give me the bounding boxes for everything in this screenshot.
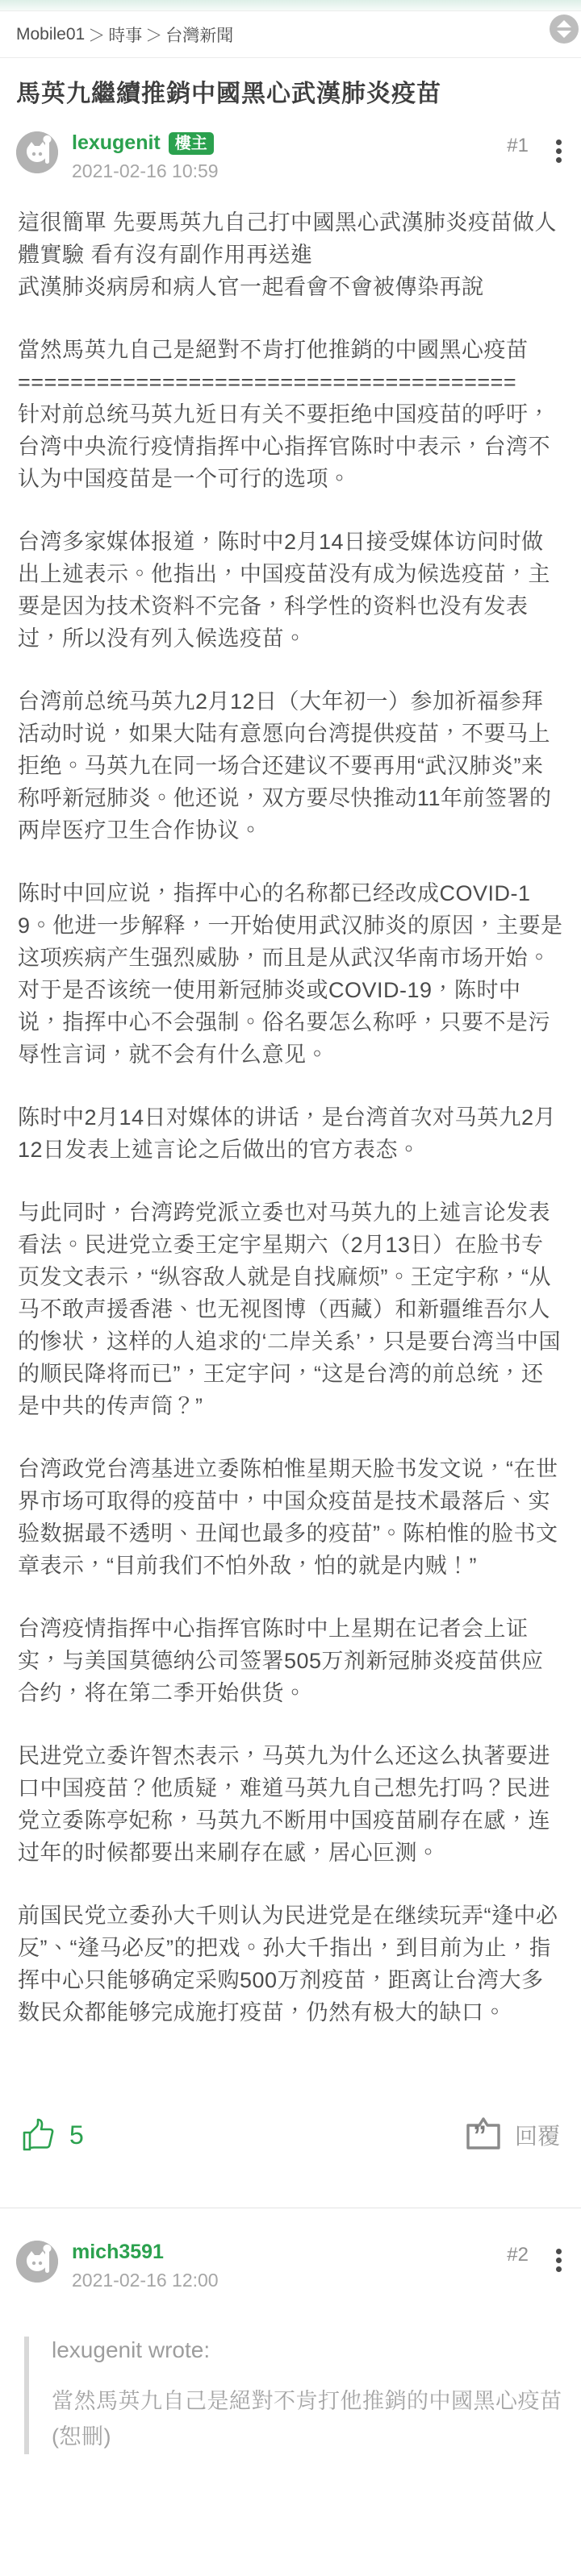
post-2-header: mich3591 2021-02-16 12:00 #2 [16, 2241, 565, 2291]
forum-thread-page: Mobile01＞時事＞台灣新聞 馬英九繼續推銷中國黑心武漢肺炎疫苗 [0, 0, 581, 2576]
thumbs-up-icon [21, 2116, 58, 2154]
post-1-header: lexugenit 樓主 2021-02-16 10:59 #1 [16, 131, 565, 182]
avatar[interactable] [16, 2241, 58, 2283]
author-username[interactable]: mich3591 [72, 2241, 164, 2264]
original-poster-badge: 樓主 [169, 132, 214, 155]
avatar[interactable] [16, 131, 58, 173]
chevron-down-icon [557, 31, 571, 38]
author-block: lexugenit 樓主 2021-02-16 10:59 [72, 131, 219, 182]
body-paragraph: 當然馬英九自己是絕對不肯打他推銷的中國黑心疫苗 ================… [18, 334, 563, 495]
quote-text: 當然馬英九自己是絕對不肯打他推銷的中國黑心疫苗(恕刪) [52, 2383, 563, 2454]
top-strip [0, 0, 581, 11]
post-body: 這很簡單 先要馬英九自己打中國黑心武漢肺炎疫苗做人體實驗 看有沒有副作用再送進 … [18, 206, 563, 2029]
body-paragraph: 民进党立委许智杰表示，马英九为什么还这么执著要进口中国疫苗？他质疑，难道马英九自… [18, 1740, 563, 1869]
body-paragraph: 陈时中回应说，指挥中心的名称都已经改成COVID-19。他进一步解释，一开始使用… [18, 877, 563, 1071]
body-paragraph: 台湾前总统马英九2月12日（大年初一）参加祈福参拜活动时说，如果大陆有意愿向台湾… [18, 685, 563, 847]
body-paragraph: 台湾疫情指挥中心指挥官陈时中上星期在记者会上证实，与美国莫德纳公司签署505万剂… [18, 1613, 563, 1709]
post-divider [0, 2208, 581, 2208]
body-paragraph: 陈时中2月14日对媒体的讲话，是台湾首次对马英九2月12日发表上述言论之后做出的… [18, 1101, 563, 1166]
kebab-menu-icon[interactable] [553, 135, 565, 168]
body-paragraph: 前国民党立委孙大千则认为民进党是在继续玩弄“逢中必反”、“逢马必反”的把戏。孙大… [18, 1900, 563, 2029]
post-timestamp: 2021-02-16 10:59 [72, 160, 219, 182]
post-2: mich3591 2021-02-16 12:00 #2 lexugenit w… [0, 2241, 581, 2454]
kebab-menu-icon[interactable] [553, 2244, 565, 2277]
scroll-up-down-button[interactable] [550, 15, 579, 44]
like-button[interactable]: 5 [21, 2116, 84, 2154]
body-paragraph: 与此同时，台湾跨党派立委也对马英九的上述言论发表看法。民进党立委王定宇星期六（2… [18, 1196, 563, 1422]
chevron-up-icon [557, 20, 571, 27]
breadcrumb-separator: ＞ [88, 23, 105, 47]
breadcrumb-bar: Mobile01＞時事＞台灣新聞 [0, 11, 581, 58]
body-paragraph: 台湾政党台湾基进立委陈柏惟星期天脸书发文说，“在世界市场可取得的疫苗中，中国众疫… [18, 1453, 563, 1582]
breadcrumb-item[interactable]: 台灣新聞 [165, 23, 233, 47]
default-avatar-cat-icon [16, 131, 58, 173]
like-count: 5 [69, 2120, 84, 2150]
breadcrumb-item[interactable]: Mobile01 [16, 25, 85, 44]
post-index: #2 [507, 2244, 529, 2266]
quote-header: lexugenit wrote: [52, 2337, 563, 2364]
quote-reply-icon: ” [463, 2116, 504, 2154]
default-avatar-cat-icon [16, 2241, 58, 2283]
breadcrumb-separator: ＞ [145, 23, 162, 47]
reply-label: 回覆 [515, 2119, 560, 2151]
quoted-post: lexugenit wrote: 當然馬英九自己是絕對不肯打他推銷的中國黑心疫苗… [24, 2337, 563, 2454]
body-paragraph: 這很簡單 先要馬英九自己打中國黑心武漢肺炎疫苗做人體實驗 看有沒有副作用再送進 … [18, 206, 563, 303]
post-footer: 5 ” 回覆 [21, 2116, 560, 2208]
body-paragraph: 台湾多家媒体报道，陈时中2月14日接受媒体访问时做出上述表示。他指出，中国疫苗没… [18, 526, 563, 655]
post-1: lexugenit 樓主 2021-02-16 10:59 #1 這很簡單 先要… [0, 131, 581, 2208]
breadcrumb-item[interactable]: 時事 [108, 23, 142, 47]
post-index: #1 [507, 135, 529, 157]
breadcrumb[interactable]: Mobile01＞時事＞台灣新聞 [16, 23, 233, 47]
author-username[interactable]: lexugenit [72, 131, 161, 155]
reply-button[interactable]: ” 回覆 [463, 2116, 560, 2154]
thread-title: 馬英九繼續推銷中國黑心武漢肺炎疫苗 [16, 78, 565, 110]
svg-text:”: ” [473, 2120, 487, 2151]
post-timestamp: 2021-02-16 12:00 [72, 2270, 219, 2291]
